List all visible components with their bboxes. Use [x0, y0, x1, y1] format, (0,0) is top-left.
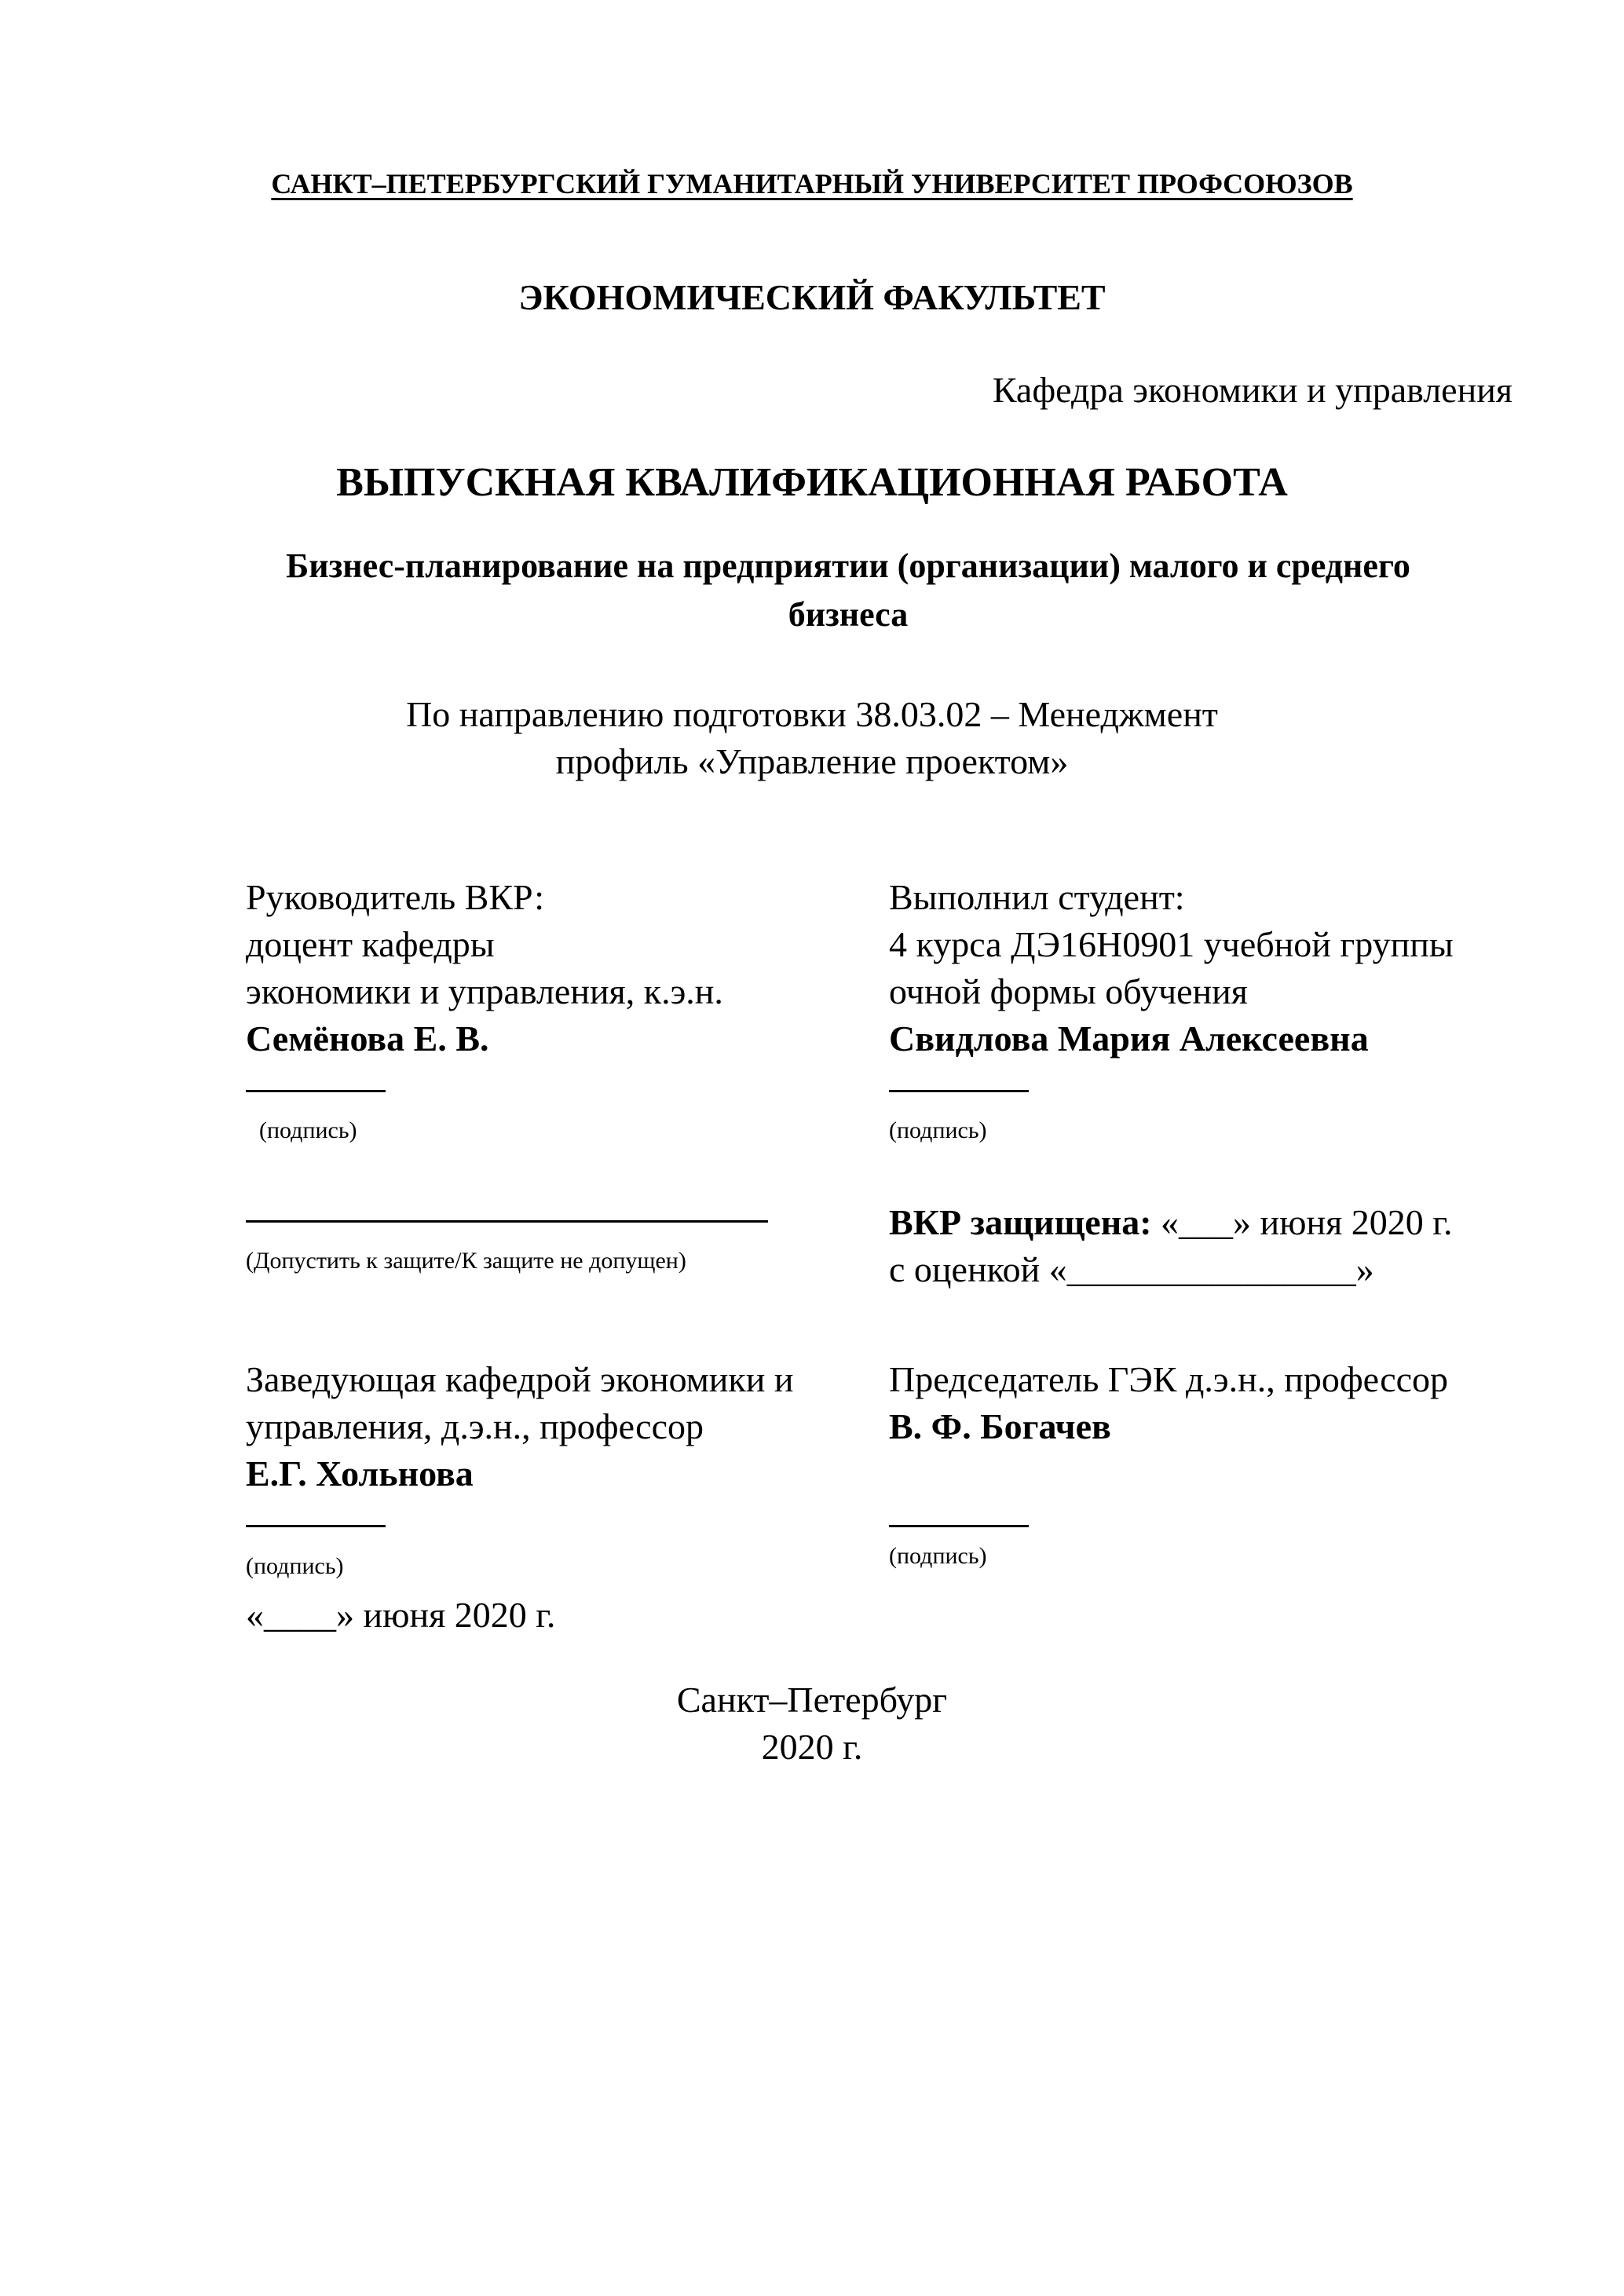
admission-line — [246, 1220, 768, 1223]
head-position-line2: управления, д.э.н., профессор — [246, 1403, 794, 1450]
defense-date-line: ВКР защищена: «___» июня 2020 г. — [889, 1199, 1452, 1246]
defense-date[interactable]: «___» июня 2020 г. — [1152, 1202, 1453, 1242]
chair-name: В. Ф. Богачев — [889, 1403, 1448, 1450]
footer: Санкт–Петербург 2020 г. — [0, 1676, 1624, 1771]
study-direction: По направлению подготовки 38.03.02 – Мен… — [0, 691, 1624, 785]
student-group-line: 4 курса ДЭ16Н0901 учебной группы — [889, 921, 1454, 968]
signature-line — [246, 1525, 386, 1527]
student-name: Свидлова Мария Алексеевна — [889, 1015, 1454, 1062]
profile-line: профиль «Управление проектом» — [0, 738, 1624, 785]
thesis-topic: Бизнес-планирование на предприятии (орга… — [236, 542, 1461, 639]
head-signature-date[interactable]: «____» июня 2020 г. — [246, 1592, 555, 1639]
head-signature-caption: (подпись) — [246, 1551, 344, 1582]
signature-line — [889, 1525, 1029, 1527]
student-form-line: очной формы обучения — [889, 968, 1454, 1015]
year: 2020 г. — [0, 1724, 1624, 1771]
signature-line — [246, 1090, 386, 1092]
defense-block: ВКР защищена: «___» июня 2020 г. с оценк… — [889, 1199, 1452, 1293]
head-position-line1: Заведующая кафедрой экономики и — [246, 1356, 794, 1403]
chair-signature-field[interactable] — [889, 1517, 1029, 1531]
supervisor-signature-caption: (подпись) — [259, 1115, 357, 1146]
city: Санкт–Петербург — [0, 1676, 1624, 1724]
faculty-name: ЭКОНОМИЧЕСКИЙ ФАКУЛЬТЕТ — [0, 276, 1624, 318]
department-name: Кафедра экономики и управления — [993, 369, 1512, 411]
head-name: Е.Г. Хольнова — [246, 1450, 794, 1497]
commission-chair-block: Председатель ГЭК д.э.н., профессор В. Ф.… — [889, 1356, 1448, 1450]
head-of-department-block: Заведующая кафедрой экономики и управлен… — [246, 1356, 794, 1497]
supervisor-name: Семёнова Е. В. — [246, 1015, 723, 1062]
supervisor-label: Руководитель ВКР: — [246, 874, 723, 921]
direction-line: По направлению подготовки 38.03.02 – Мен… — [0, 691, 1624, 738]
chair-position: Председатель ГЭК д.э.н., профессор — [889, 1356, 1448, 1403]
student-signature-caption: (подпись) — [889, 1115, 987, 1146]
university-name: САНКТ–ПЕТЕРБУРГСКИЙ ГУМАНИТАРНЫЙ УНИВЕРС… — [0, 167, 1624, 200]
signature-line — [889, 1090, 1029, 1092]
supervisor-signature-field[interactable] — [246, 1082, 386, 1096]
supervisor-position-line2: экономики и управления, к.э.н. — [246, 968, 723, 1015]
admission-decision-field[interactable] — [246, 1212, 768, 1227]
admission-caption: (Допустить к защите/К защите не допущен) — [246, 1245, 686, 1277]
defense-label: ВКР защищена: — [889, 1202, 1152, 1242]
student-block: Выполнил студент: 4 курса ДЭ16Н0901 учеб… — [889, 874, 1454, 1062]
supervisor-position-line1: доцент кафедры — [246, 921, 723, 968]
chair-signature-caption: (подпись) — [889, 1541, 987, 1572]
document-type: ВЫПУСКНАЯ КВАЛИФИКАЦИОННАЯ РАБОТА — [0, 459, 1624, 506]
head-signature-field[interactable] — [246, 1517, 386, 1531]
student-label: Выполнил студент: — [889, 874, 1454, 921]
supervisor-block: Руководитель ВКР: доцент кафедры экономи… — [246, 874, 723, 1062]
student-signature-field[interactable] — [889, 1082, 1029, 1096]
defense-grade[interactable]: с оценкой «________________» — [889, 1246, 1452, 1293]
